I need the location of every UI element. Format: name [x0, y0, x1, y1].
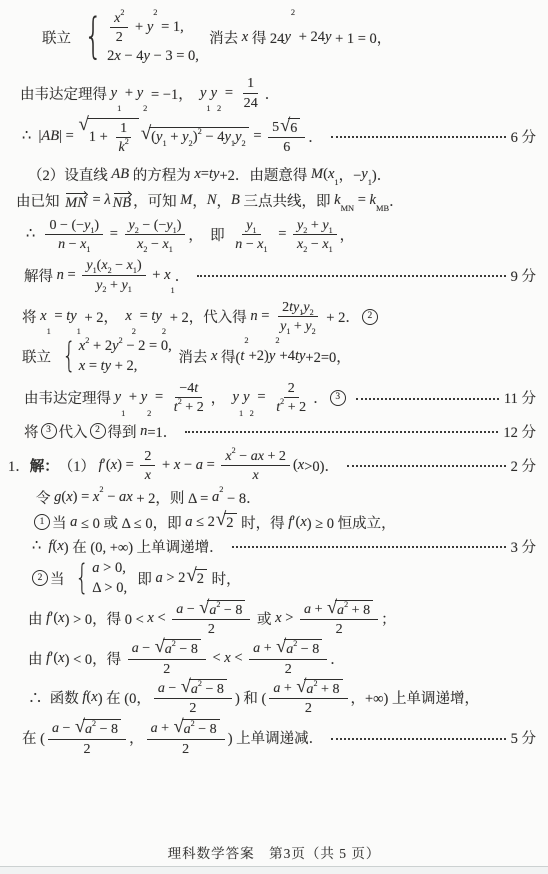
text-run: ． [330, 648, 345, 669]
subscript: MN [341, 204, 355, 213]
text-run: = [201, 166, 209, 183]
increasing-intervals-conclusion: ∴ 函数 f(x) 在 (0，a − √a2 − 82) 和 (a + √a2 … [8, 679, 540, 716]
fraction-denominator: n − x1 [54, 235, 94, 252]
text-run: = [64, 267, 79, 284]
text-run: ∴ 函数 [28, 687, 82, 708]
math-variable: AB [41, 128, 59, 145]
text-run: −4 [179, 380, 194, 396]
radical-sign-icon: √ [199, 598, 209, 616]
text-run: + [167, 129, 182, 146]
fraction-denominator: 2 [281, 660, 296, 677]
text-run: + [307, 217, 322, 233]
collinear-condition: 由已知 MN = λNB，可知 M，N，B 三点共线，即 kMN = kMB． [8, 190, 540, 211]
text-run: = [89, 192, 104, 209]
subscript: 2 [310, 308, 314, 317]
cases-row: Δ > 0, [92, 580, 127, 597]
radical: √a2 − 8 [75, 719, 121, 737]
fraction-numerator: y2 + y1 [293, 217, 337, 235]
math-variable: y [243, 389, 249, 406]
fraction-numerator: 2 [284, 380, 299, 398]
fraction-denominator: t2 + 2 [272, 398, 310, 415]
text-run: − [242, 236, 257, 252]
radical-sign-icon: √ [280, 116, 290, 134]
radical-sign-icon: √ [181, 677, 191, 695]
superscript: 2 [120, 8, 124, 17]
fraction-denominator: 2 [332, 620, 347, 637]
math-variable: ty [209, 166, 219, 183]
text-run: − [147, 236, 162, 252]
math-variable: a [165, 641, 172, 657]
text-run: + 8 [348, 602, 370, 618]
formula-content: 联立 {x22 + y2 = 1,2x − 4y − 3 = 0, 消去 x 得… [42, 10, 391, 65]
radical: √2 [186, 569, 207, 588]
superscript: 2 [244, 336, 248, 345]
text-run: ，− [339, 164, 362, 185]
text-run: ) 和 ( [235, 687, 266, 708]
brace-icon: { [84, 17, 102, 58]
text-run: 2 [163, 661, 170, 677]
text-run: （1） [59, 455, 99, 476]
text-run: + [311, 601, 326, 617]
fraction-denominator: 2 [112, 28, 127, 45]
text-run: ) = [117, 457, 137, 474]
radical-sign-icon: √ [75, 717, 85, 735]
formula-content: 在 (a − √a2 − 82，a + √a2 − 82) 上单调递减． [22, 719, 323, 756]
text-run: 时， [208, 568, 241, 589]
text-run: = [221, 85, 236, 102]
fraction: y1n − x1 [231, 217, 271, 252]
math-variable: a [155, 570, 162, 587]
text-run: +2) [249, 348, 269, 365]
fraction-denominator: k2 [114, 138, 132, 155]
fraction: y2 + y1x2 − x1 [293, 217, 337, 252]
text-run: + [158, 457, 173, 474]
math-variable: a [52, 720, 59, 736]
fraction-denominator: 2 [204, 620, 219, 637]
score-label: 2 分 [511, 455, 536, 476]
radical-body: a2 − 8 [163, 639, 201, 657]
subscript: 2 [143, 104, 147, 113]
subscript: 1 [329, 226, 333, 235]
text-run: − [65, 236, 80, 252]
radical-body: a2 − 8 [83, 719, 121, 737]
subscript: 2 [242, 139, 246, 148]
text-run: ， [129, 727, 144, 748]
text-run: 时，得 [238, 512, 289, 533]
fraction-numerator: y1(x2 − x1) [82, 257, 145, 275]
text-run: > [282, 610, 297, 627]
text-run: < [154, 610, 169, 627]
fraction-numerator: −4t [175, 380, 202, 398]
text-run: 2 [197, 571, 204, 588]
text-run: − 3 = 0, [150, 48, 199, 65]
case1-conclusion: ∴ f(x) 在 (0, +∞) 上单调递增．3 分 [8, 536, 540, 557]
vector-arrow-icon [65, 190, 87, 196]
math-variable: a [253, 640, 260, 656]
text-run: 1 + [89, 129, 112, 146]
cases-rows: x22 + y2 = 1,2x − 4y − 3 = 0, [107, 10, 199, 65]
text-run: ， [217, 190, 232, 211]
page-bottom-edge [0, 866, 548, 874]
text-run: 2 [84, 741, 91, 757]
math-variable: n [58, 236, 65, 252]
text-run: + 2， [81, 306, 125, 327]
fraction-denominator: 2 [185, 699, 200, 716]
vector-arrow-icon [113, 190, 132, 196]
text-run: ′( [50, 610, 58, 627]
slope-equation: ∴ 0 − (−y1)n − x1 = y2 − (−y1)x2 − x1， 即… [8, 217, 540, 252]
text-run: ) ≥ 0 恒成立， [307, 512, 396, 533]
vector-overline: NB [113, 190, 132, 211]
fraction-denominator: 24 [240, 94, 262, 111]
text-run: > 2 [163, 570, 186, 587]
superscript: 2 [275, 336, 279, 345]
dotted-leader [331, 738, 505, 740]
text-run: 的方程为 [129, 164, 194, 185]
text-run: − 8． [223, 487, 260, 508]
decreasing-interval-conclusion: 在 (a − √a2 − 82，a + √a2 − 82) 上单调递减．5 分 [8, 719, 540, 756]
subscript: 1 [47, 327, 51, 336]
text-run: + 1 = 0， [331, 27, 391, 48]
cases-group: {x2 + 2y2 − 2 = 0,x = ty + 2, [58, 338, 172, 375]
text-run: 2 [226, 515, 233, 532]
text-run: − 4 [202, 129, 225, 146]
fraction: 2x [140, 448, 155, 483]
subscript: 1 [264, 245, 268, 254]
vector-overline: MN [65, 190, 87, 211]
text-run: + [149, 267, 164, 284]
formula-content: 1当 a ≤ 0 或 Δ ≤ 0，即 a ≤ 2√2 时，得 f′(x) ≥ 0… [32, 512, 396, 533]
radical: √a2 − 8 [181, 679, 227, 697]
formula-content: 由已知 MN = λNB，可知 M，N，B 三点共线，即 kMN = kMB． [16, 190, 404, 211]
text-run: ) [94, 217, 99, 233]
radical-body: (y1 + y2)2 − 4y1y2 [149, 127, 249, 146]
fraction: a + √a2 − 82 [147, 719, 225, 756]
math-variable: x [145, 467, 151, 483]
radical-body: a2 − 8 [284, 639, 322, 657]
math-variable: a [92, 560, 99, 577]
text-run: 2 [144, 448, 151, 464]
text-run: − 8 [202, 681, 224, 697]
fraction-numerator: 5√6 [268, 118, 305, 138]
text-run: 得 24 [248, 27, 284, 48]
formula-content: 由 f′(x) < 0，得 a − √a2 − 82 < x < a + √a2… [28, 639, 345, 676]
text-run: + 2 [182, 399, 204, 415]
text-run: = [354, 192, 369, 209]
fprime-positive-intervals: 由 f′(x) > 0，得 0 < x < a − √a2 − 82 或 x >… [8, 600, 540, 637]
formula-content: 令 g(x) = x2 − ax + 2，则 Δ = a2 − 8． [36, 487, 261, 508]
math-variable: a [85, 721, 92, 737]
text-run: + 2 [89, 338, 112, 355]
ab-length-result: ∴ |AB| = √1 + 1k2√(y1 + y2)2 − 4y1y2 = 5… [8, 118, 540, 155]
subscript: 2 [217, 104, 221, 113]
text-run: 6 [290, 120, 297, 136]
math-variable: ax [251, 448, 264, 464]
math-variable: M [311, 166, 323, 183]
text-run: ． [308, 126, 323, 147]
fraction-denominator: 2 [301, 699, 316, 716]
radical-body: a2 + 8 [335, 600, 373, 618]
text-run: 5 [272, 119, 279, 135]
fraction-numerator: 2 [140, 448, 155, 466]
text-run: + [125, 389, 140, 406]
text-run: − [59, 720, 74, 736]
math-variable: B [231, 192, 240, 209]
fraction: −4tt2 + 2 [170, 380, 208, 415]
math-variable: y [137, 85, 143, 102]
math-variable: y [111, 85, 117, 102]
math-variable: a [158, 680, 165, 696]
text-run: 1． [8, 455, 30, 476]
fraction: 124 [240, 75, 262, 110]
math-variable: a [273, 680, 280, 696]
subscript: 2 [162, 327, 166, 336]
text-run: ，+∞) 上单调递增， [351, 687, 479, 708]
fprime-negative-interval: 由 f′(x) < 0，得 a − √a2 − 82 < x < a + √a2… [8, 639, 540, 676]
cases-row: x2 + 2y2 − 2 = 0, [79, 338, 172, 355]
fraction: 2t2 + 2 [272, 380, 310, 415]
text-run: ， 即 [188, 224, 228, 245]
fraction: a + √a2 + 82 [269, 679, 347, 716]
solution-lines-container: 联立 {x22 + y2 = 1,2x − 4y − 3 = 0, 消去 x 得… [0, 0, 548, 757]
fraction-denominator: x [141, 466, 155, 483]
subscript: 2 [250, 409, 254, 418]
fraction-numerator: x2 [110, 10, 128, 28]
math-variable: y [141, 389, 147, 406]
radical-sign-icon: √ [174, 717, 184, 735]
subscript: 1 [117, 104, 121, 113]
brace-icon: { [62, 342, 75, 372]
text-run: − [236, 448, 251, 464]
score-label: 6 分 [511, 126, 536, 147]
text-run: ． [265, 83, 280, 104]
subscript: 1 [77, 327, 81, 336]
text-run: ) [177, 217, 182, 233]
formula-content: 2当 {a > 0,Δ > 0, 即 a > 2√2 时， [30, 560, 241, 597]
combine-ellipse-line-2: 联立 {x2 + 2y2 − 2 = 0,x = ty + 2, 消去 x 得(… [8, 338, 540, 375]
text-run: − [183, 601, 198, 617]
math-variable: x [253, 467, 259, 483]
text-run: 联立 [22, 346, 55, 367]
text-run: − (− [139, 217, 167, 233]
subscript: 1 [128, 285, 132, 294]
fraction: 1k2 [114, 120, 132, 155]
text-run: ) = [73, 489, 93, 506]
fraction: a + √a2 − 82 [249, 639, 327, 676]
subscript: 1 [171, 286, 175, 295]
text-run: − 4 [121, 48, 144, 65]
cases-row: x = ty + 2, [79, 358, 172, 375]
text-run: ． [175, 265, 190, 286]
text-run: ∴ | [22, 128, 41, 145]
subscript: 1 [121, 409, 125, 418]
text-run: = [51, 308, 66, 325]
text-run: 三点共线，即 [240, 190, 334, 211]
text-run: 2 [288, 380, 295, 396]
circled-number: 1 [34, 514, 50, 530]
text-run: = [275, 226, 290, 243]
math-variable: ty [66, 308, 76, 325]
text-run: ) > 0，得 0 < [65, 608, 148, 629]
text-run: 24 [244, 95, 258, 111]
formula-content: 解得 n = y1(x2 − x1)y2 + y1 + x1． [24, 257, 189, 292]
text-run: 消去 [175, 346, 211, 367]
radical: √a2 + 8 [296, 679, 342, 697]
text-run: 或 [253, 608, 275, 629]
text-run: − 2 = 0, [123, 338, 172, 355]
text-run: + [121, 85, 136, 102]
math-variable: ty [295, 348, 305, 365]
radical: √2 [216, 513, 237, 532]
fraction: x22 [110, 10, 128, 45]
text-run: + 2，则 Δ = [133, 487, 212, 508]
vector-letters: NB [113, 196, 132, 211]
math-variable: x [164, 267, 170, 284]
math-variable: a [176, 601, 183, 617]
text-run: − 8 [96, 721, 118, 737]
text-run: ′( [50, 650, 58, 667]
math-variable: x [40, 308, 46, 325]
text-run: < [231, 650, 246, 667]
math-variable: y [284, 29, 290, 46]
text-run: 2 [285, 661, 292, 677]
brace-icon: { [76, 564, 89, 594]
formula-content: 1．解：（1） f′(x) = 2x + x − a = x2 − ax + 2… [8, 448, 339, 483]
text-run: ≤ 2 [192, 514, 214, 531]
combine-ellipse-line: 联立 {x22 + y2 = 1,2x − 4y − 3 = 0, 消去 x 得… [8, 10, 540, 65]
math-variable: ax [119, 489, 133, 506]
radical-sign-icon: √ [141, 125, 151, 144]
formula-content: 将 x1 = ty1 + 2， x2 = ty2 + 2，代入得 n = 2ty… [22, 299, 380, 334]
fraction-denominator: y1 + y2 [276, 317, 320, 334]
formula-content: （2）设直线 AB 的方程为 x=ty+2．由题意得 M(x1，−y1)． [28, 164, 391, 185]
text-run: 由韦达定理得 [20, 83, 111, 104]
formula-content: 由韦达定理得 y1 + y2 = −1， y1y2 = 124． [20, 75, 279, 110]
math-variable: t [194, 380, 198, 396]
text-run: 由韦达定理得 [24, 387, 115, 408]
text-run: ∴ [26, 226, 42, 243]
text-run: 联立 [42, 27, 75, 48]
math-variable: y [115, 389, 121, 406]
fraction-numerator: a + √a2 − 8 [147, 719, 225, 739]
text-run: 解得 [24, 265, 57, 286]
math-variable: n [57, 267, 64, 284]
radical-body: 1 + 1k2 [87, 118, 139, 155]
text-run: 1 [247, 75, 254, 91]
text-run: = [151, 389, 166, 406]
text-run: = [258, 308, 273, 325]
radical: √a2 − 8 [155, 639, 201, 657]
cases-row: a > 0, [92, 560, 127, 577]
text-run: ， [340, 224, 355, 245]
fraction-numerator: a + √a2 − 8 [249, 639, 327, 659]
formula-content: 联立 {x2 + 2y2 − 2 = 0,x = ty + 2, 消去 x 得(… [22, 338, 351, 375]
radical: √a2 − 8 [199, 600, 245, 618]
text-run: 2 [208, 621, 215, 637]
fraction-denominator: x2 − x1 [133, 235, 177, 252]
fraction-numerator: x2 − ax + 2 [221, 448, 290, 466]
dotted-leader [197, 275, 505, 277]
text-run: 在 ( [22, 727, 45, 748]
formula-content: ∴ 0 − (−y1)n − x1 = y2 − (−y1)x2 − x1， 即… [26, 217, 354, 252]
text-run: 1 [120, 120, 127, 136]
formula-content: ∴ |AB| = √1 + 1k2√(y1 + y2)2 − 4y1y2 = 5… [22, 118, 323, 155]
fraction-denominator: x [249, 466, 263, 483]
text-run: + [106, 277, 121, 293]
text-run: ． [389, 190, 404, 211]
math-variable: M [180, 192, 192, 209]
text-run: + 2 [284, 399, 306, 415]
text-run: +2=0， [305, 346, 350, 367]
math-variable: ty [101, 358, 111, 375]
formula-content: 由 f′(x) > 0，得 0 < x < a − √a2 − 82 或 x >… [28, 600, 396, 637]
text-run: ) < 0，得 [65, 648, 125, 669]
math-variable: a [70, 514, 77, 531]
math-variable: a [132, 640, 139, 656]
radical-sign-icon: √ [327, 598, 337, 616]
text-run: + [131, 19, 146, 36]
math-variable: y [211, 85, 217, 102]
text-run: < [209, 650, 224, 667]
math-variable: N [207, 192, 217, 209]
score-label: 5 分 [511, 727, 536, 748]
formula-content: 将3代入2得到 n=1． [24, 421, 177, 442]
text-run: − [307, 236, 322, 252]
text-run: 2 [305, 700, 312, 716]
text-run: 将 [22, 306, 40, 327]
text-run: 令 [36, 487, 54, 508]
dotted-leader [347, 465, 506, 467]
text-run: − [104, 489, 119, 506]
formula-content: 由韦达定理得 y1 + y2 = −4tt2 + 2， y1y2 = 2t2 +… [24, 380, 348, 415]
text-run: ∴ [32, 538, 48, 555]
fraction-denominator: 2 [178, 740, 193, 757]
text-run: = 1, [157, 19, 183, 36]
text-run: + 2 [264, 448, 286, 464]
math-variable: AB [111, 166, 129, 183]
radical-sign-icon: √ [186, 567, 196, 586]
subscript: MB [376, 204, 389, 213]
formula-content: ∴ 函数 f(x) 在 (0，a − √a2 − 82) 和 (a + √a2 … [28, 679, 479, 716]
fraction-denominator: 6 [279, 138, 294, 155]
fraction-numerator: a − √a2 − 8 [128, 639, 206, 659]
circled-number: 3 [41, 423, 57, 439]
fraction-denominator: y2 + y1 [92, 276, 136, 293]
text-run: ， [192, 190, 207, 211]
text-run: + [280, 680, 295, 696]
text-run: 得到 [108, 421, 141, 442]
text-run: 当 [52, 512, 70, 533]
math-variable: λ [104, 192, 110, 209]
text-run: （2）设直线 [28, 164, 111, 185]
radical-sign-icon: √ [78, 116, 88, 135]
text-run: 2 [336, 621, 343, 637]
define-g-discriminant: 令 g(x) = x2 − ax + 2，则 Δ = a2 − 8． [8, 487, 540, 508]
subscript: 2 [147, 409, 151, 418]
math-answer-sheet-page: 联立 {x22 + y2 = 1,2x − 4y − 3 = 0, 消去 x 得… [0, 0, 548, 874]
subscript: 2 [312, 327, 316, 336]
fraction: 2ty1y2y1 + y2 [276, 299, 320, 334]
text-run: ，可知 [133, 190, 180, 211]
text-run: = [106, 226, 121, 243]
fraction-numerator: a + √a2 + 8 [300, 600, 378, 620]
fraction: a + √a2 + 82 [300, 600, 378, 637]
radical: √1 + 1k2 [78, 118, 138, 155]
text-run: − 8 [220, 602, 242, 618]
text-run: + [260, 640, 275, 656]
text-run: 即 [130, 568, 155, 589]
text-run: = [254, 389, 269, 406]
